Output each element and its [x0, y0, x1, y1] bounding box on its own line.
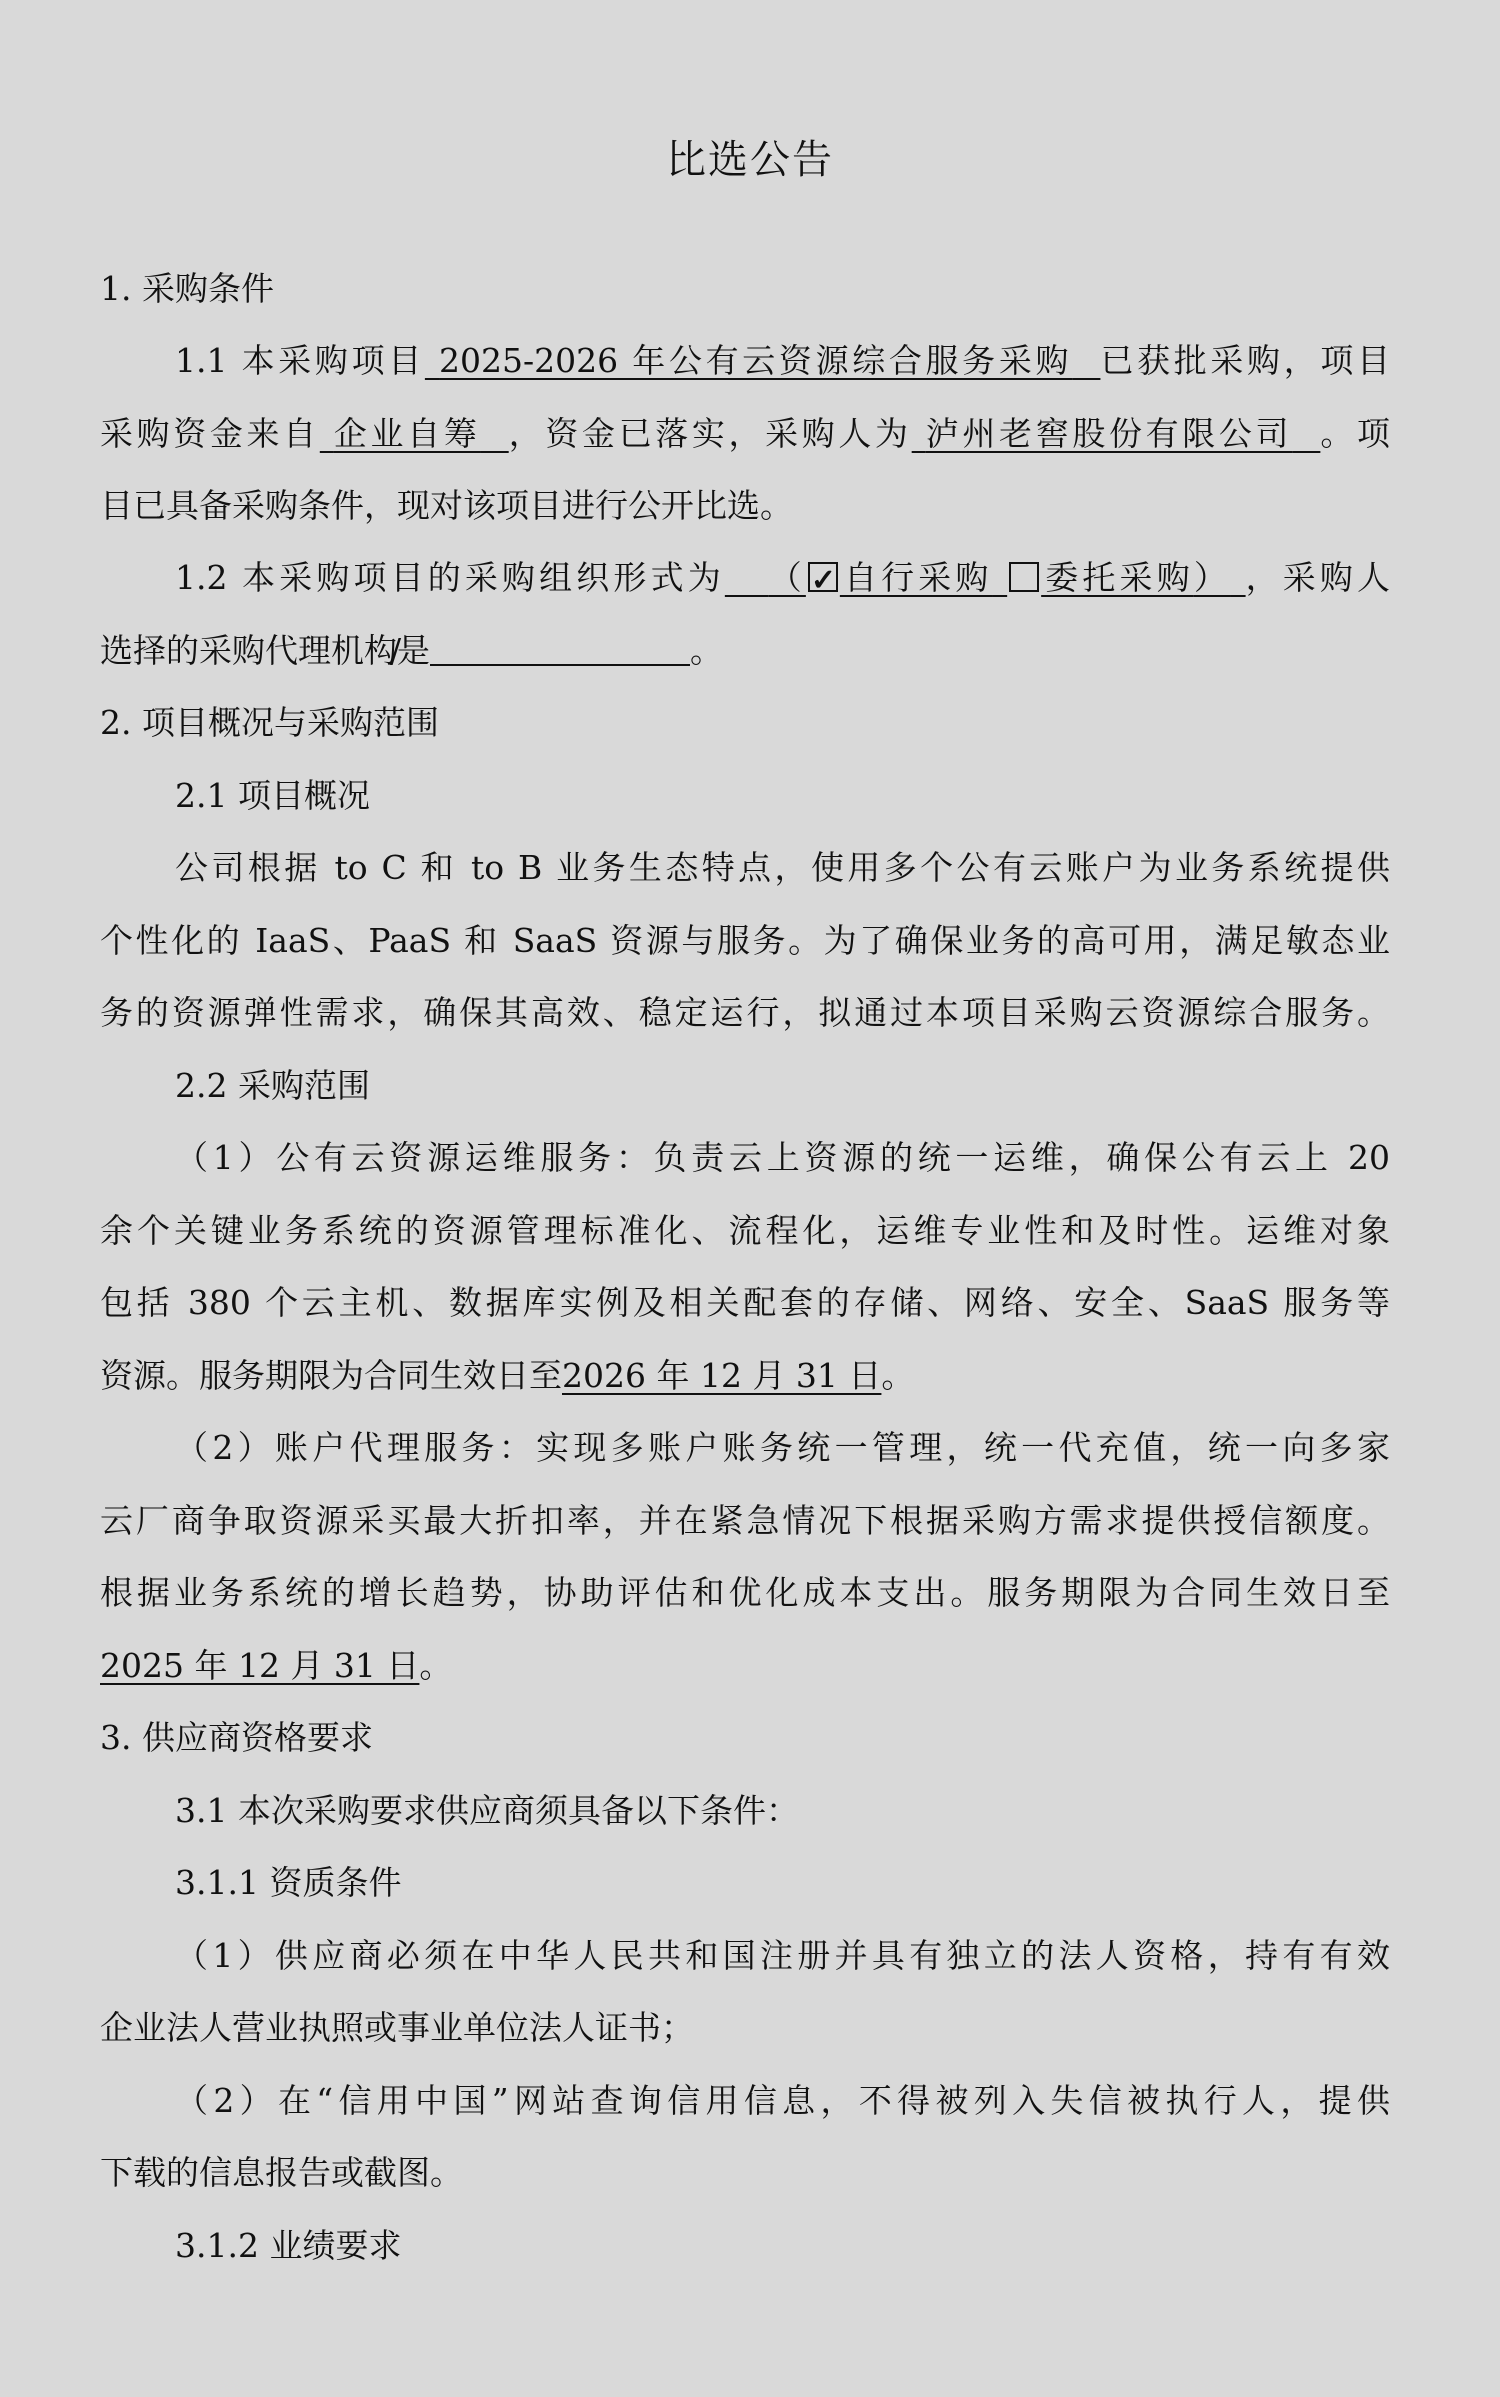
text: 1.1 本采购项目: [175, 341, 425, 380]
paren: （: [769, 558, 806, 597]
service-end-date-2: 2025 年 12 月 31 日: [100, 1646, 419, 1685]
text: 已获批采购，项目: [1100, 341, 1390, 380]
scope-item-2-line-1: （2）账户代理服务：实现多账户账务统一管理，统一代充值，统一向多家: [175, 1421, 1390, 1475]
procurement-form-field: （自行采购 委托采购）: [725, 558, 1246, 597]
text: 。: [419, 1646, 452, 1685]
section-heading-2: 2. 项目概况与采购范围: [100, 696, 1390, 750]
paragraph-1-1-line-2: 采购资金来自 企业自筹 ，资金已落实，采购人为 泸州老窖股份有限公司 。项: [100, 407, 1390, 461]
scope-item-1-line-4: 资源。服务期限为合同生效日至2026 年 12 月 31 日。: [100, 1349, 1390, 1403]
project-name: 2025-2026 年公有云资源综合服务采购: [439, 341, 1072, 380]
text: ，资金已落实，采购人为: [509, 414, 912, 453]
qualification-item-2-line-2: 下载的信息报告或截图。: [100, 2146, 1390, 2200]
fund-source-field: 企业自筹: [320, 414, 509, 453]
paragraph-1-2-line-1: 1.2 本采购项目的采购组织形式为 （自行采购 委托采购） ，采购人: [175, 551, 1390, 605]
fund-source: 企业自筹: [334, 414, 481, 453]
text: 1.2 本采购项目的采购组织形式为: [175, 558, 725, 597]
scope-item-1-line-3: 包括 380 个云主机、数据库实例及相关配套的存储、网络、安全、SaaS 服务等: [100, 1276, 1390, 1330]
paragraph-1-1-line-3: 目已具备采购条件，现对该项目进行公开比选。: [100, 479, 1390, 533]
section-heading-3: 3. 供应商资格要求: [100, 1711, 1390, 1765]
subsection-heading-2-1: 2.1 项目概况: [175, 769, 1465, 823]
text: 。项: [1320, 414, 1390, 453]
option-entrusted-procurement: 委托采购: [1041, 558, 1194, 597]
overview-line-1: 公司根据 to C 和 to B 业务生态特点，使用多个公有云账户为业务系统提供: [175, 841, 1390, 895]
scope-item-2-line-2: 云厂商争取资源采买最大折扣率，并在紧急情况下根据采购方需求提供授信额度。: [100, 1494, 1390, 1548]
overview-line-3: 务的资源弹性需求，确保其高效、稳定运行，拟通过本项目采购云资源综合服务。: [100, 986, 1390, 1040]
document-title: 比选公告: [0, 130, 1500, 190]
checkbox-entrusted-procurement[interactable]: [1009, 562, 1039, 592]
purchaser-field: 泸州老窖股份有限公司: [912, 414, 1321, 453]
subsection-heading-3-1-2: 3.1.2 业绩要求: [175, 2219, 1465, 2273]
subsection-heading-2-2: 2.2 采购范围: [175, 1059, 1465, 1113]
qualification-item-2-line-1: （2）在“信用中国”网站查询信用信息，不得被列入失信被执行人，提供: [175, 2074, 1390, 2128]
project-name-field: 2025-2026 年公有云资源综合服务采购: [425, 341, 1101, 380]
checkbox-self-procurement[interactable]: [808, 562, 838, 592]
qualification-item-1-line-1: （1）供应商必须在中华人民共和国注册并具有独立的法人资格，持有有效: [175, 1929, 1390, 1983]
service-end-date-1: 2026 年 12 月 31 日: [562, 1356, 881, 1395]
subsection-heading-3-1-1: 3.1.1 资质条件: [175, 1856, 1465, 1910]
paragraph-1-2-line-2: 选择的采购代理机构是/。: [100, 624, 1390, 678]
text: 资源。服务期限为合同生效日至: [100, 1356, 562, 1395]
text: 。: [881, 1356, 914, 1395]
option-self-procurement: 自行采购: [840, 558, 993, 597]
text: ，采购人: [1246, 558, 1390, 597]
scope-item-1-line-2: 余个关键业务系统的资源管理标准化、流程化，运维专业性和及时性。运维对象: [100, 1204, 1390, 1258]
qualification-item-1-line-2: 企业法人营业执照或事业单位法人证书；: [100, 2001, 1390, 2055]
overview-line-2: 个性化的 IaaS、PaaS 和 SaaS 资源与服务。为了确保业务的高可用，满…: [100, 914, 1390, 968]
text: 采购资金来自: [100, 414, 320, 453]
paragraph-1-1-line-1: 1.1 本采购项目 2025-2026 年公有云资源综合服务采购 已获批采购，项…: [175, 334, 1390, 388]
paren: ）: [1194, 558, 1231, 597]
text: 。: [690, 631, 723, 670]
scope-item-2-line-3: 根据业务系统的增长趋势，协助评估和优化成本支出。服务期限为合同生效日至: [100, 1566, 1390, 1620]
scope-item-2-line-4: 2025 年 12 月 31 日。: [100, 1639, 1390, 1693]
agency-value: /: [390, 631, 401, 670]
agency-field: /: [430, 624, 690, 666]
document-page: 比选公告 1. 采购条件 1.1 本采购项目 2025-2026 年公有云资源综…: [0, 0, 1500, 2397]
text: 选择的采购代理机构是: [100, 631, 430, 670]
scope-item-1-line-1: （1）公有云资源运维服务：负责云上资源的统一运维，确保公有云上 20: [175, 1131, 1390, 1185]
section-heading-1: 1. 采购条件: [100, 262, 1390, 316]
subsection-heading-3-1: 3.1 本次采购要求供应商须具备以下条件：: [175, 1784, 1465, 1838]
purchaser-name: 泸州老窖股份有限公司: [926, 414, 1292, 453]
